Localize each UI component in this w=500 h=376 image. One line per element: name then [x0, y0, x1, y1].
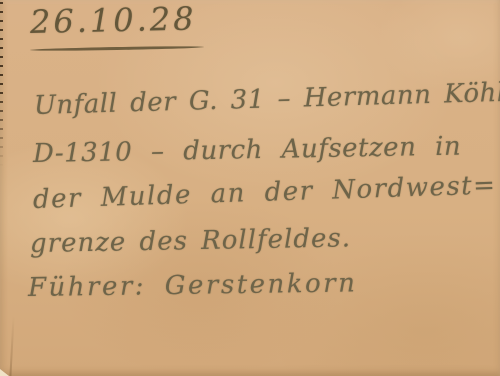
paper-crease — [9, 316, 14, 376]
note-line: der Mulde an der Nordwest= — [33, 172, 497, 213]
note-line: grenze des Rollfeldes. — [30, 225, 351, 257]
note-date: 26.10.28 — [30, 3, 197, 38]
handwritten-note-page: 26.10.28 Unfall der G. 31 – Hermann Köhl… — [0, 0, 500, 376]
perforation-edge — [0, 2, 3, 167]
note-line: Führer: Gerstenkorn — [28, 270, 358, 301]
note-line: D-1310 – durch Aufsetzen in — [33, 134, 462, 167]
torn-corner — [0, 369, 9, 376]
date-underline — [30, 45, 204, 51]
note-line: Unfall der G. 31 – Hermann Köhl“ — [34, 79, 500, 119]
